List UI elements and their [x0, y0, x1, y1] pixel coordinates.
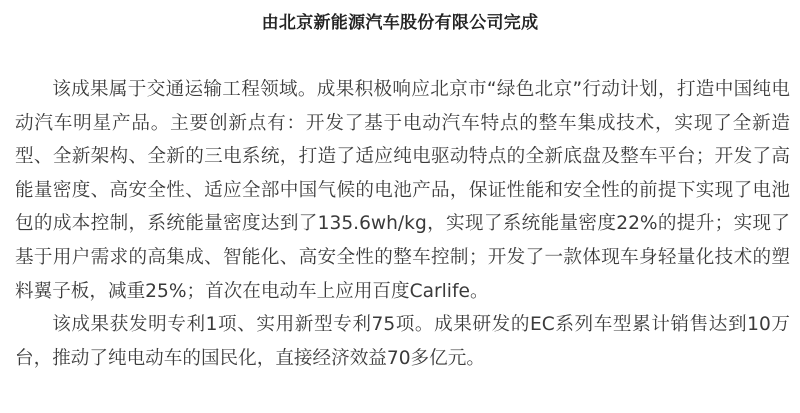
- document-page: 由北京新能源汽车股份有限公司完成 该成果属于交通运输工程领域。成果积极响应北京市…: [0, 0, 800, 413]
- document-body: 该成果属于交通运输工程领域。成果积极响应北京市“绿色北京”行动计划，打造中国纯电…: [15, 73, 790, 375]
- document-title: 由北京新能源汽车股份有限公司完成: [0, 11, 800, 35]
- paragraph-innovation: 该成果属于交通运输工程领域。成果积极响应北京市“绿色北京”行动计划，打造中国纯电…: [15, 73, 790, 308]
- paragraph-results: 该成果获发明专利1项、实用新型专利75项。成果研发的EC系列车型累计销售达到10…: [15, 308, 790, 375]
